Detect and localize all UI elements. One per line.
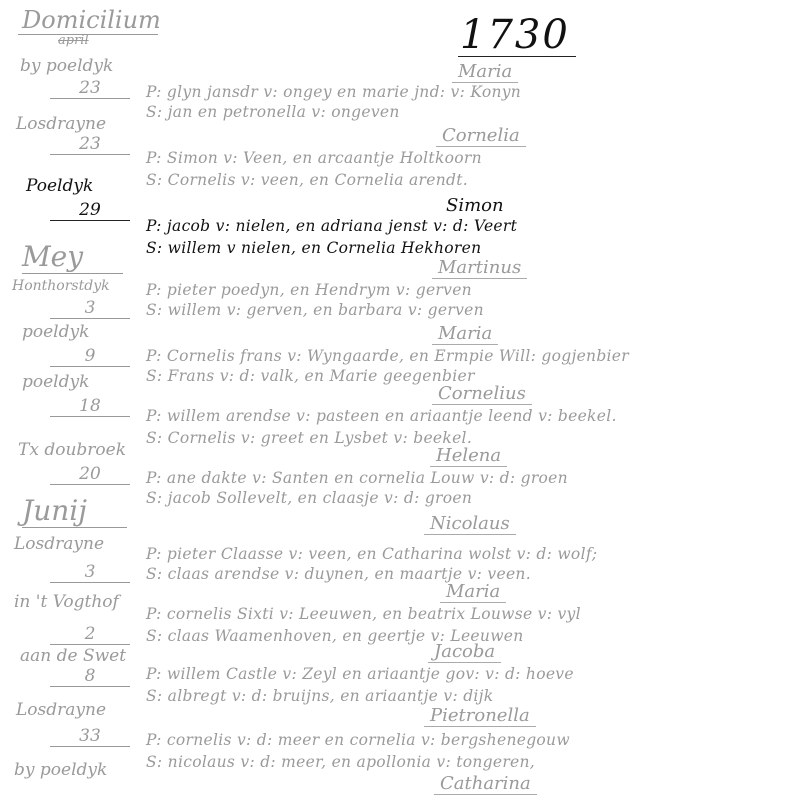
entry-location: Losdrayne [16,700,146,720]
month-heading: Junij [22,494,127,528]
entry-location: Tx doubroek [18,440,148,460]
child-name: Jacoba [428,642,501,663]
struck-month: april [18,35,158,47]
entry-location: aan de Swet [20,646,150,666]
child-name: Nicolaus [424,514,516,535]
child-name: Simon [440,196,510,216]
entry-location: Losdrayne [14,534,144,554]
parents-line: P: pieter Claasse v: veen, en Catharina … [146,544,597,564]
witnesses-line: S: willem v nielen, en Cornelia Hekhoren [146,238,481,258]
child-name: Maria [452,62,518,83]
witnesses-line: S: Frans v: d: valk, en Marie geegenbier [146,366,475,386]
child-name: Maria [432,324,498,345]
child-name: Martinus [432,258,527,279]
margin-heading: Domicilium april [18,6,158,47]
register-page: Domicilium april 1730 by poeldyk 23 Mari… [0,0,800,800]
witnesses-line: S: willem v: gerven, en barbara v: gerve… [146,300,484,320]
entry-day: 9 [50,346,130,367]
entry-location: in 't Vogthof [14,592,144,612]
witnesses-line: S: Cornelis v: veen, en Cornelia arendt. [146,170,468,190]
entry-location: Losdrayne [16,114,146,134]
witnesses-line: S: albregt v: d: bruijns, en ariaantje v… [146,686,493,706]
entry-location: poeldyk [22,322,152,342]
parents-line: P: cornelis v: d: meer en cornelia v: be… [146,730,570,750]
parents-line: P: pieter poedyn, en Hendrym v: gerven [146,280,472,300]
entry-location: poeldyk [22,372,152,392]
year-heading: 1730 [458,14,576,57]
entry-day: 20 [50,464,130,485]
entry-location: Honthorstdyk [12,278,142,294]
entry-day: 23 [50,78,130,99]
child-name: Pietronella [424,706,536,727]
child-name: Cornelius [432,384,532,405]
parents-line: P: glyn jansdr v: ongey en marie jnd: v:… [146,82,521,102]
parents-line: P: ane dakte v: Santen en cornelia Louw … [146,468,568,488]
entry-day: 3 [50,298,130,319]
child-name: Maria [440,582,506,603]
entry-day: 2 [50,624,130,645]
witnesses-line: S: nicolaus v: d: meer, en apollonia v: … [146,752,535,772]
witnesses-line: S: jan en petronella v: ongeven [146,102,400,122]
entry-day: 3 [50,562,130,583]
parents-line: P: cornelis Sixti v: Leeuwen, en beatrix… [146,604,581,624]
parents-line: P: Simon v: Veen, en arcaantje Holtkoorn [146,148,482,168]
entry-day: 18 [50,396,130,417]
child-name: Helena [430,446,507,467]
domicilium-heading: Domicilium [18,6,158,35]
child-name: Cornelia [436,126,526,147]
entry-location: by poeldyk [14,760,144,780]
entry-location: by poeldyk [20,56,150,76]
entry-day: 23 [50,134,130,155]
parents-line: P: willem Castle v: Zeyl en ariaantje go… [146,664,574,684]
witnesses-line: S: jacob Sollevelt, en claasje v: d: gro… [146,488,472,508]
parents-line: P: Cornelis frans v: Wyngaarde, en Ermpi… [146,346,629,366]
entry-day: 8 [50,666,130,687]
witnesses-line: S: Cornelis v: greet en Lysbet v: beekel… [146,428,472,448]
entry-day: 33 [50,726,130,747]
parents-line: P: jacob v: nielen, en adriana jenst v: … [146,216,517,236]
child-name: Catharina [434,774,537,795]
entry-day: 29 [50,200,130,221]
entry-location: Poeldyk [26,176,156,196]
month-heading: Mey [22,240,123,274]
parents-line: P: willem arendse v: pasteen en ariaantj… [146,406,617,426]
